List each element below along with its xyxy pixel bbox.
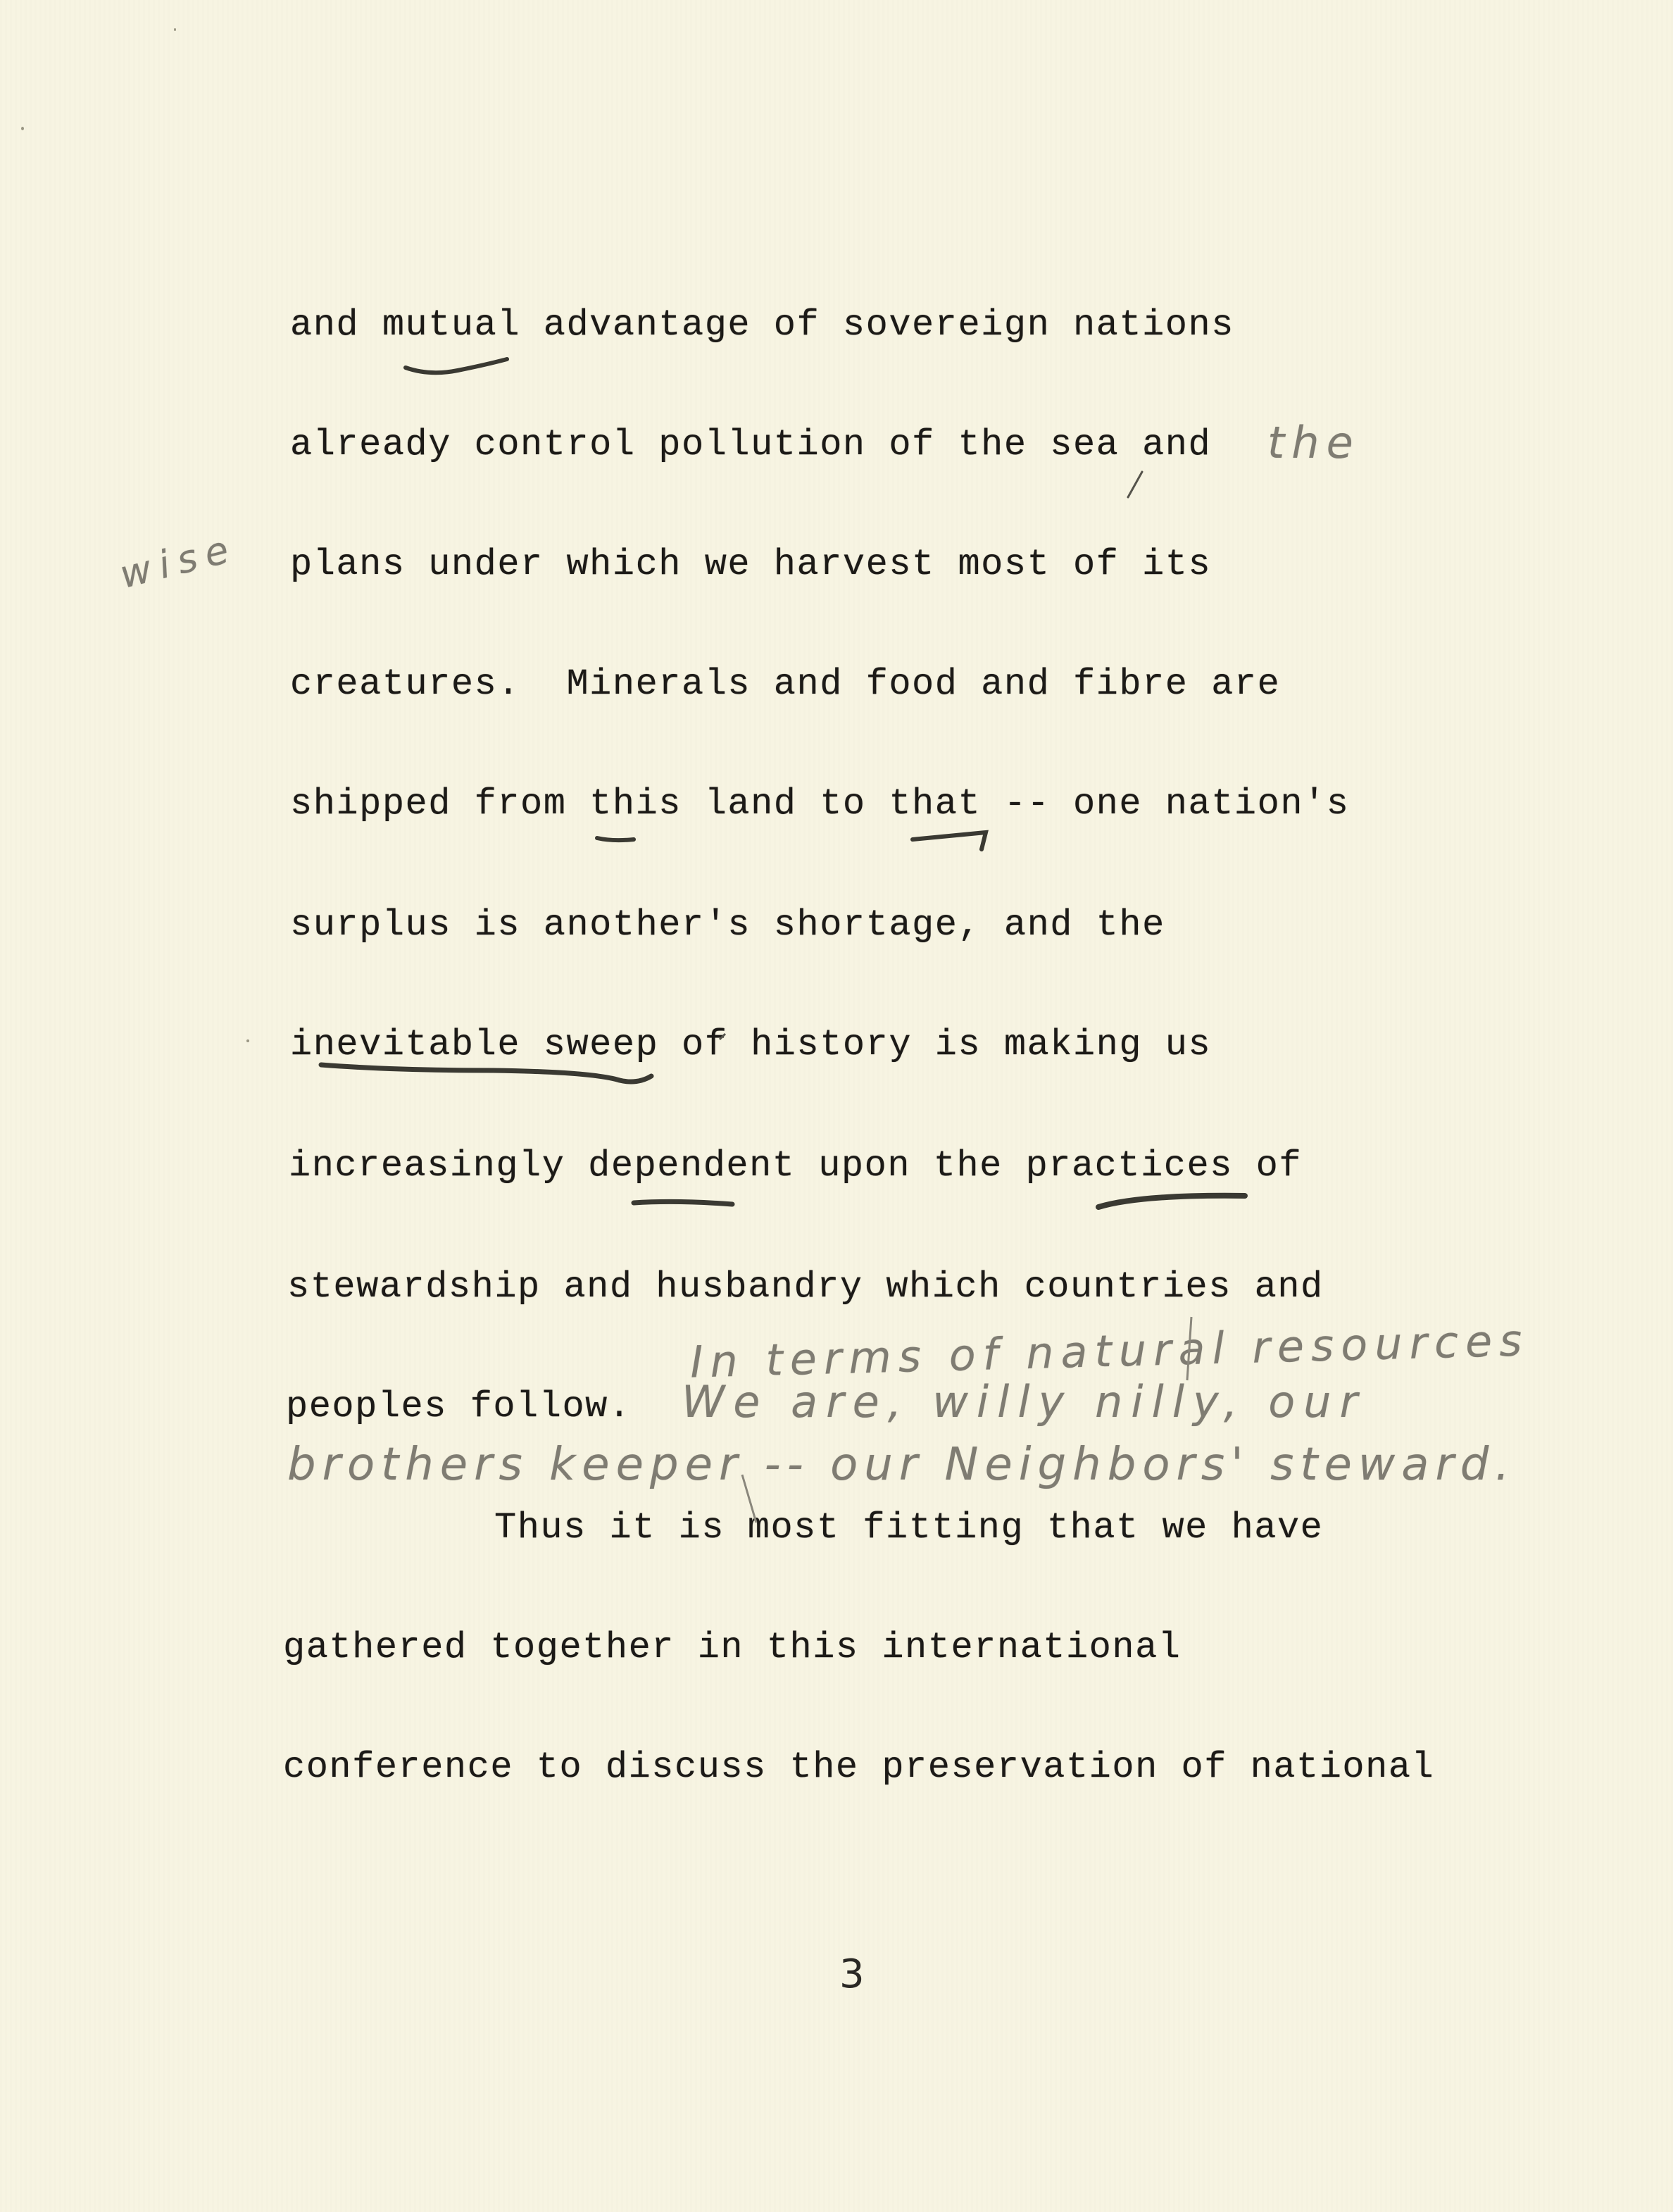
- handwritten-insertion-line-1: In terms of natural resources: [689, 1318, 1529, 1384]
- typed-line-10: peoples follow.: [286, 1389, 632, 1425]
- handwritten-insertion-line-2: We are, willy nilly, our: [682, 1380, 1366, 1424]
- handwritten-insert-the: the: [1267, 421, 1360, 465]
- typed-line-4: creatures. Minerals and food and fibre a…: [290, 666, 1280, 703]
- handwritten-margin-wise: wise: [116, 529, 241, 594]
- paper-speck: [21, 127, 24, 130]
- paper-speck: [174, 28, 176, 31]
- typed-line-1: and mutual advantage of sovereign nation…: [290, 307, 1234, 344]
- paper-speck: [246, 1039, 249, 1042]
- typed-line-5: shipped from this land to that -- one na…: [290, 786, 1349, 823]
- typed-line-9: stewardship and husbandry which countrie…: [287, 1269, 1324, 1306]
- document-page: and mutual advantage of sovereign nation…: [0, 0, 1673, 2212]
- typed-line-3: plans under which we harvest most of its: [290, 546, 1211, 583]
- typed-line-11: Thus it is most fitting that we have: [494, 1510, 1323, 1546]
- typed-line-13: conference to discuss the preservation o…: [283, 1749, 1434, 1786]
- typed-line-12: gathered together in this international: [283, 1630, 1182, 1666]
- typed-line-8: increasingly dependent upon the practice…: [289, 1148, 1302, 1185]
- handwritten-insertion-line-3: brothers keeper -- our Neighbors' stewar…: [287, 1442, 1516, 1487]
- page-number: 3: [839, 1955, 865, 1994]
- typed-line-2: already control pollution of the sea and: [290, 427, 1211, 463]
- typed-line-7: inevitable sweep of history is making us: [290, 1027, 1211, 1063]
- typed-line-6: surplus is another's shortage, and the: [290, 907, 1165, 944]
